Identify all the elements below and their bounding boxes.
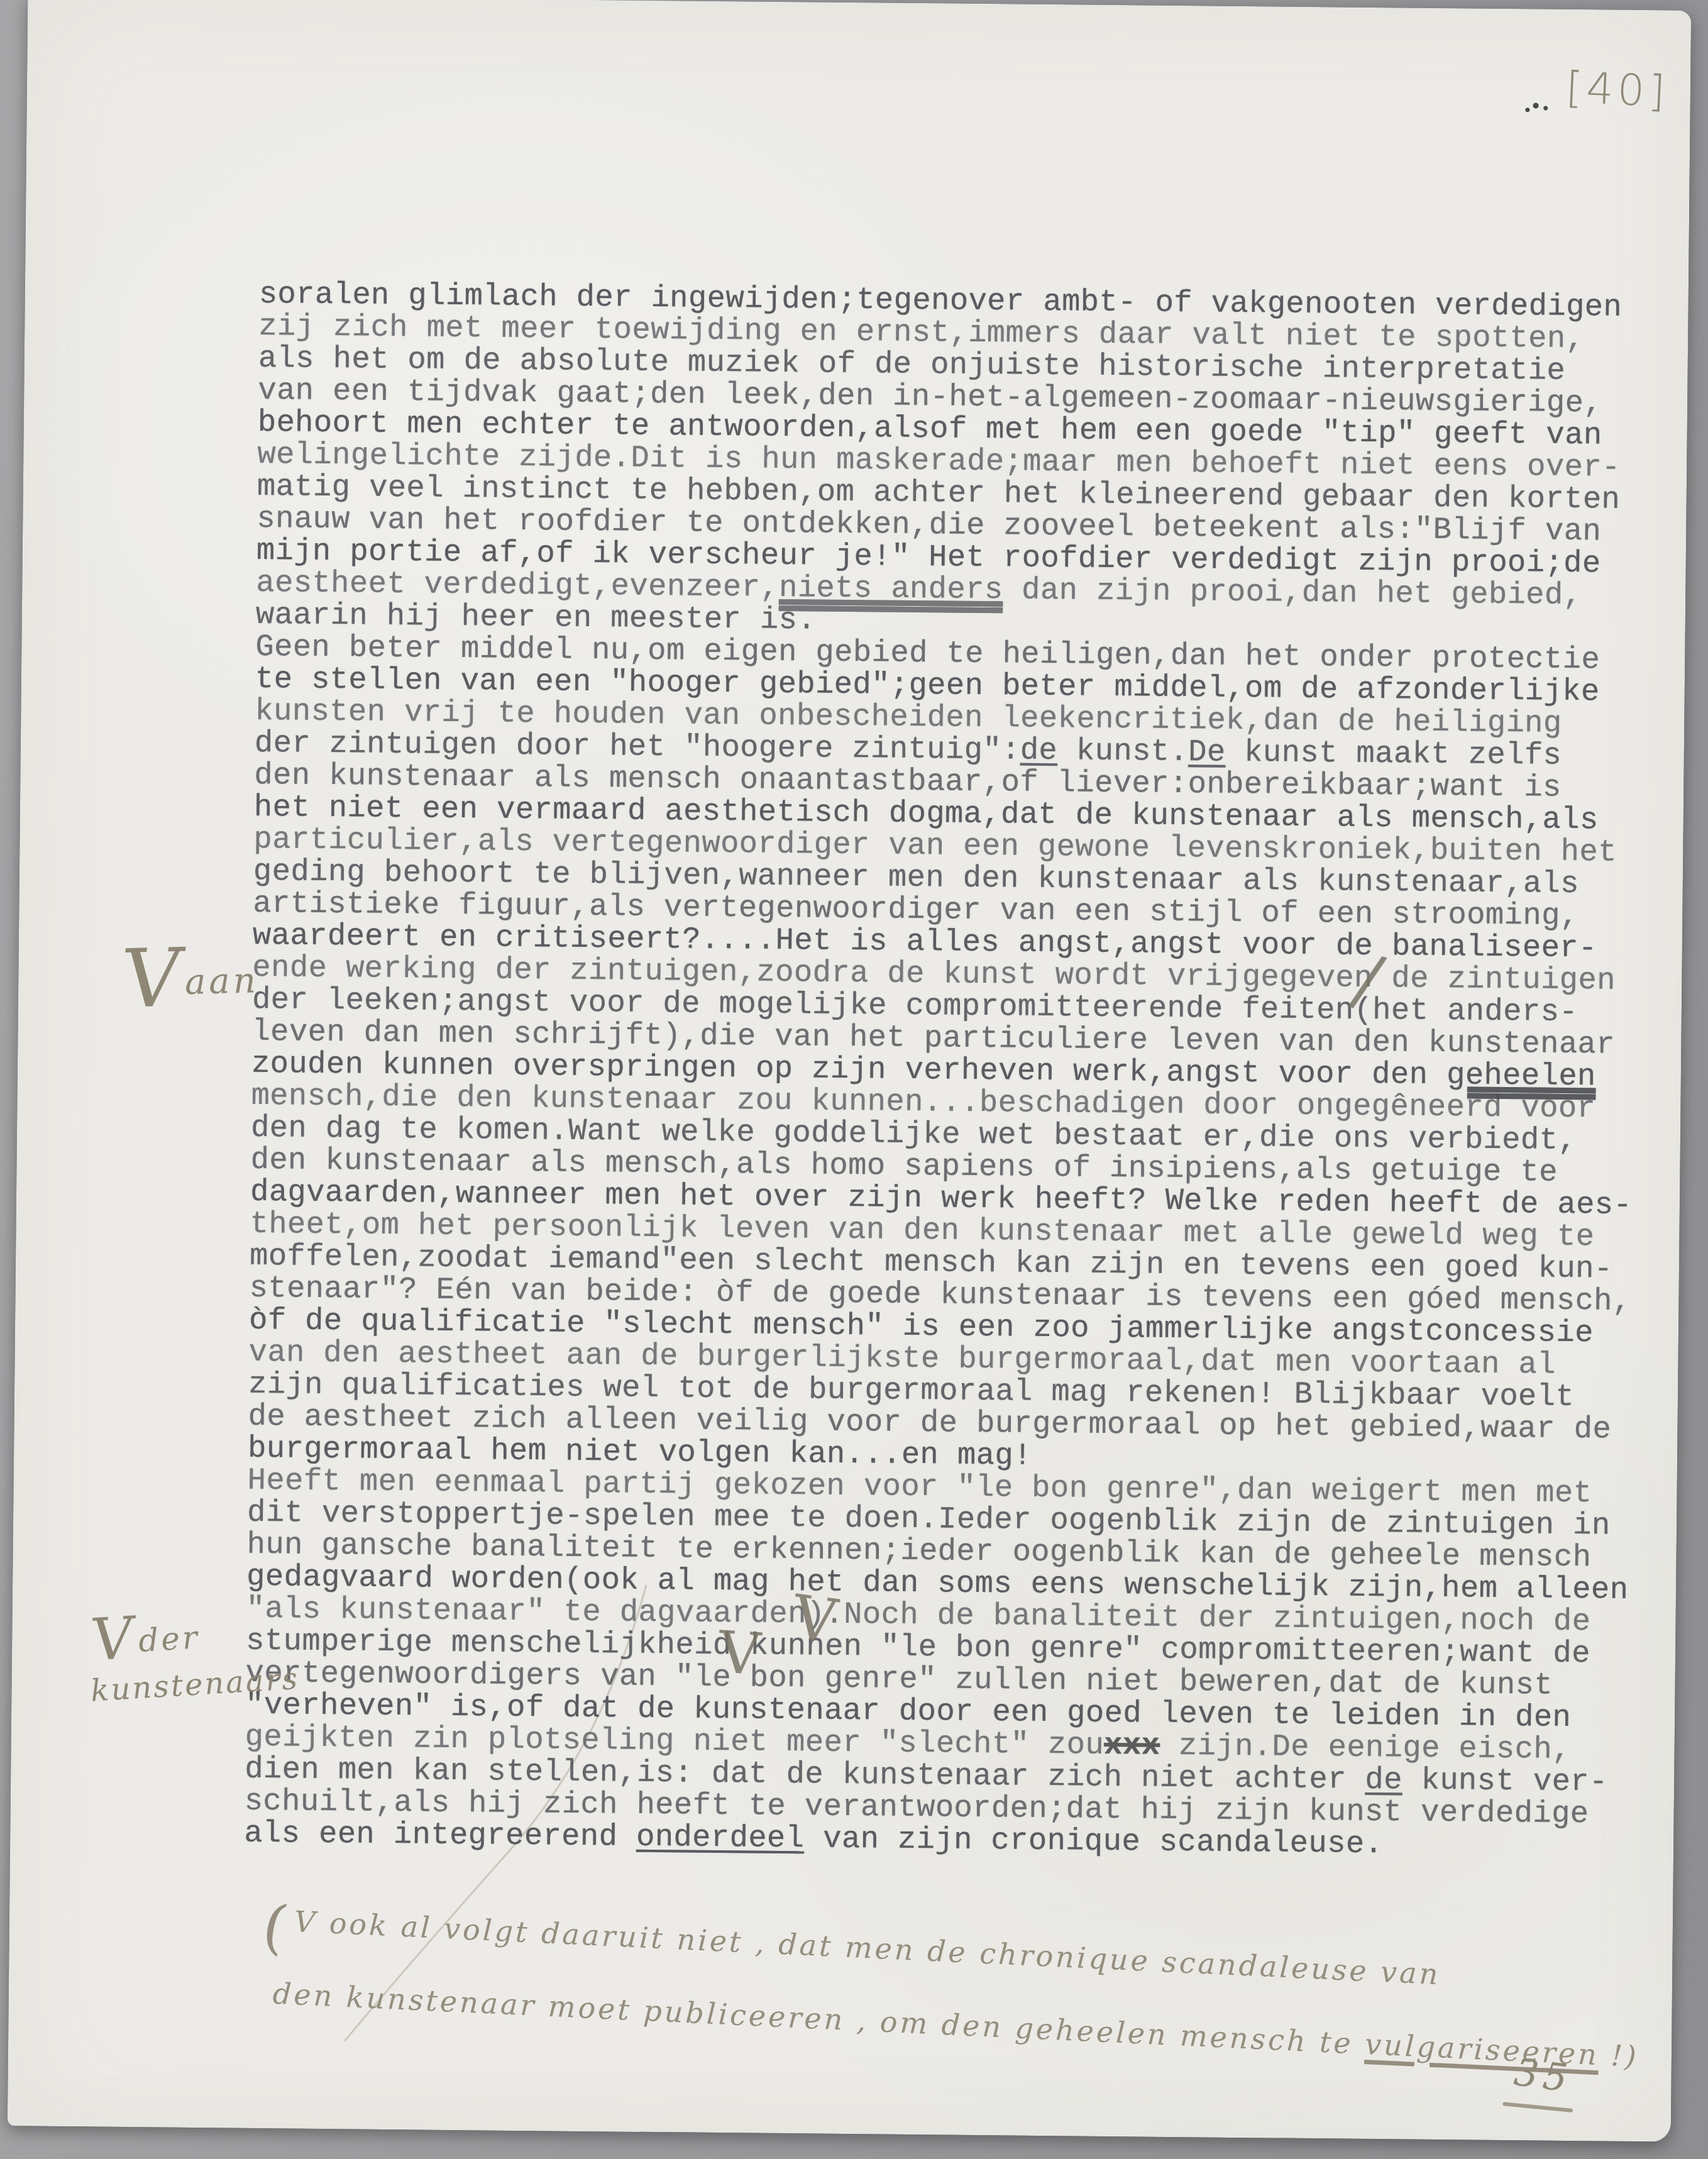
typescript-text: als een integreerend (244, 1816, 636, 1855)
folio-number: 35 (1511, 2050, 1575, 2102)
folio-underline (1502, 2102, 1573, 2112)
typescript-emphasis: onderdeel (636, 1819, 805, 1857)
typescript-emphasis: De (1188, 734, 1226, 770)
opening-paren: ( (257, 1891, 295, 1963)
insertion-caret-icon: V (118, 938, 185, 1020)
typescript-text-block: soralen glimlach der ingewijden;tegenove… (244, 279, 1705, 1864)
typescript-emphasis: xxx (1104, 1728, 1160, 1764)
typescript-emphasis: niets anders (779, 570, 1003, 607)
handwritten-footnote: (V ook al volgt daaruit niet , dat men d… (260, 1892, 1615, 2072)
typescript-text: kunst ver- (1402, 1762, 1608, 1799)
insertion-mark-after-menschelijkheid: V (717, 1623, 762, 1684)
margin-note-der-word: der (137, 1619, 201, 1659)
scanned-page-background: [40] soralen glimlach der ingewijden;teg… (0, 0, 1708, 2159)
typescript-text: kunst. (1057, 733, 1188, 770)
typescript-emphasis: geheelen (1446, 1057, 1596, 1094)
margin-note-aan-word: aan (184, 960, 259, 1003)
page-number-bracketed: [40] (1565, 63, 1670, 117)
typescript-text: van zijn cronique scandaleuse. (804, 1821, 1383, 1862)
typescript-page: [40] soralen glimlach der ingewijden;teg… (8, 0, 1691, 2142)
footnote-line2-post: !) (1599, 2038, 1639, 2073)
margin-note-aan: Vaan (122, 936, 256, 1020)
footnote-line1-text: V ook al volgt daaruit niet , dat men de… (294, 1904, 1441, 1991)
insertion-mark-after-dagvaarden: V (790, 1586, 840, 1652)
margin-note-kunstenaars: Vder kunstenaars (90, 1596, 365, 1709)
ink-smudge (1522, 99, 1555, 118)
insertion-caret-icon: V (89, 1609, 136, 1670)
typescript-emphasis: de (1365, 1762, 1402, 1798)
typescript-emphasis: de (1020, 733, 1058, 769)
